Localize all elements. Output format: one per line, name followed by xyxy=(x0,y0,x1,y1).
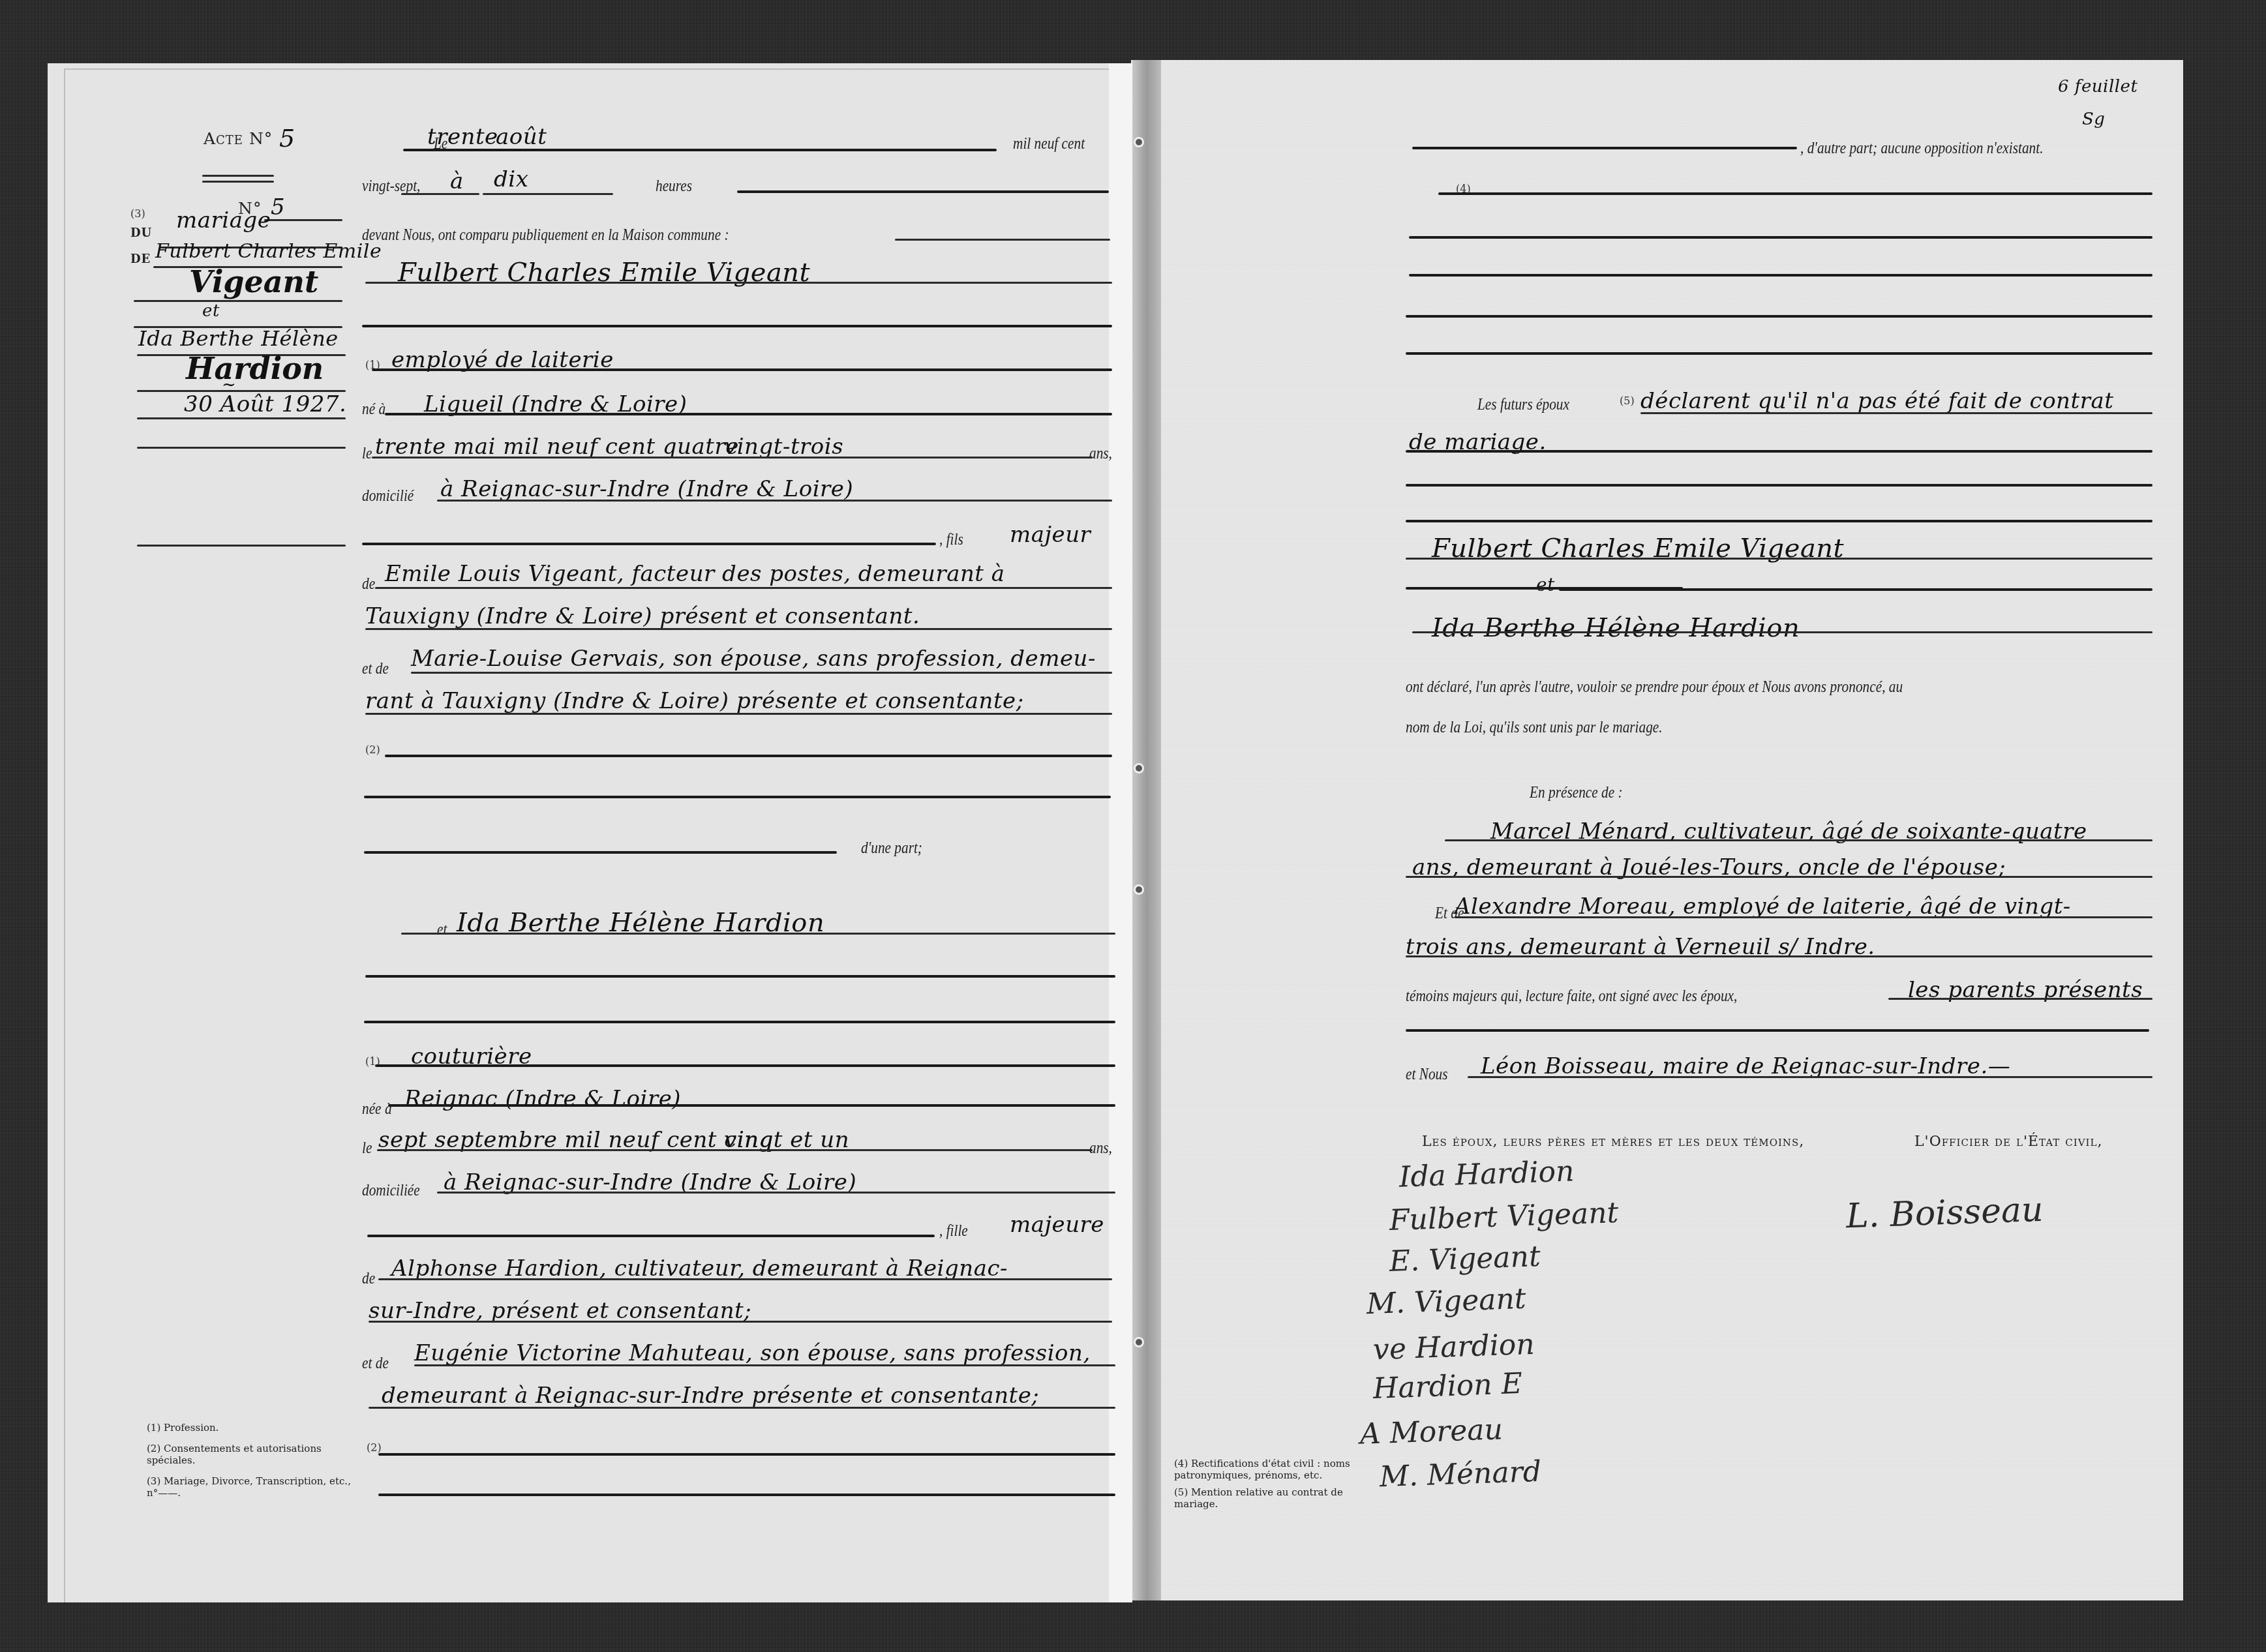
marriage-month: août xyxy=(496,124,547,150)
le-label-2: le xyxy=(362,443,372,463)
field-line xyxy=(1406,1029,2149,1032)
field-line xyxy=(1455,916,2153,918)
field-line xyxy=(364,851,837,854)
field-line xyxy=(1412,631,2153,633)
field-line xyxy=(1406,450,2153,453)
field-line xyxy=(385,755,1112,757)
bride-mother-line2: demeurant à Reignac-sur-Indre présente e… xyxy=(382,1383,1039,1409)
field-line xyxy=(369,1321,1112,1323)
signatures-heading-left: Les époux, leurs pères et mères et les d… xyxy=(1422,1134,1804,1150)
groom-father-line1: Emile Louis Vigeant, facteur des postes,… xyxy=(385,561,1005,587)
field-line xyxy=(378,1453,1115,1456)
declaration-line2: nom de la Loi, qu'ils sont unis par le m… xyxy=(1406,717,1663,737)
declaration-line1: ont déclaré, l'un après l'autre, vouloir… xyxy=(1406,677,1903,697)
binding-staple xyxy=(1134,1337,1144,1347)
et-label: et xyxy=(437,920,447,939)
marriage-day: trente xyxy=(427,124,498,150)
field-line xyxy=(437,500,1112,502)
margin-bride-given: Ida Berthe Hélène xyxy=(138,326,339,351)
field-line xyxy=(137,545,346,547)
ans-label: ans, xyxy=(1089,443,1112,463)
field-line xyxy=(483,193,613,195)
field-line xyxy=(401,193,479,195)
act-type: mariage xyxy=(176,207,271,233)
right-footnotes: (4) Rectifications d'état civil : noms p… xyxy=(1174,1458,1383,1510)
field-line xyxy=(375,1064,1115,1067)
field-line xyxy=(385,413,1112,415)
footnote-5: (5) Mention relative au contrat de maria… xyxy=(1174,1486,1383,1510)
d-une-part: d'une part; xyxy=(861,838,922,858)
bride-birthplace: Reignac (Indre & Loire) xyxy=(404,1086,681,1112)
signatures-heading-right: L'Officier de l'État civil, xyxy=(1914,1134,2102,1150)
de-label-father: de xyxy=(362,574,375,593)
bride-father-line1: Alphonse Hardion, cultivateur, demeurant… xyxy=(391,1255,1008,1282)
acte-label: Acte N° xyxy=(204,129,273,148)
field-line xyxy=(411,672,1112,674)
et-de-label: et de xyxy=(362,659,389,678)
field-line xyxy=(1406,955,2153,957)
field-line xyxy=(362,543,936,545)
devant-nous-text: devant Nous, ont comparu publiquement en… xyxy=(362,225,729,245)
margin-date: 30 Août 1927. xyxy=(184,391,346,417)
field-line xyxy=(437,1192,1115,1194)
footnote-ref-2b: (2) xyxy=(367,1441,382,1454)
corner-initials: Sg xyxy=(2082,110,2105,129)
field-line xyxy=(1445,839,2153,841)
field-line xyxy=(364,1021,1115,1023)
footnote-4: (4) Rectifications d'état civil : noms p… xyxy=(1174,1458,1383,1481)
temoins-text: témoins majeurs qui, lecture faite, ont … xyxy=(1406,986,1737,1006)
footnote-ref-5: (5) xyxy=(1620,395,1635,407)
groom-domicile: à Reignac-sur-Indre (Indre & Loire) xyxy=(440,476,853,502)
field-line xyxy=(1640,412,2153,414)
signature-bride-mother: ve Hardion xyxy=(1372,1328,1535,1367)
et-de-label-bride: et de xyxy=(362,1353,389,1373)
divider xyxy=(202,175,274,177)
margin-groom-surname: Vigeant xyxy=(189,264,318,299)
field-line xyxy=(737,190,1109,193)
contract-declaration-line1: déclarent qu'il n'a pas été fait de cont… xyxy=(1640,388,2113,414)
groom-birthdate: trente mai mil neuf cent quatre xyxy=(375,434,739,460)
footnote-3: (3) Mariage, Divorce, Transcription, etc… xyxy=(147,1475,362,1499)
mil-neuf-cent: mil neuf cent xyxy=(1013,134,1085,153)
heures-label: heures xyxy=(656,176,692,196)
corner-note: 6 feuillet xyxy=(2058,77,2138,97)
field-line xyxy=(264,219,342,221)
field-line xyxy=(1438,192,2153,195)
signature-witness-moreau: A Moreau xyxy=(1359,1413,1503,1451)
field-line xyxy=(1409,236,2153,239)
field-line xyxy=(375,587,1112,589)
field-line xyxy=(134,300,342,302)
margin-groom-given: Fulbert Charles Emile xyxy=(155,240,382,263)
futurs-epoux-label: Les futurs époux xyxy=(1477,395,1569,414)
field-line xyxy=(1468,1076,2153,1078)
binding-staple xyxy=(1134,763,1144,773)
groom-father-line2: Tauxigny (Indre & Loire) présent et cons… xyxy=(365,603,920,629)
field-line xyxy=(362,325,1112,327)
field-line xyxy=(388,1104,1115,1107)
field-line xyxy=(1406,558,2153,560)
field-line xyxy=(1406,484,2153,487)
field-line xyxy=(1409,274,2153,277)
field-line xyxy=(367,1235,935,1237)
field-line xyxy=(365,628,1112,630)
field-line xyxy=(372,457,1093,458)
field-line xyxy=(895,239,1110,241)
binding-staple xyxy=(1134,137,1144,147)
field-line xyxy=(1412,147,1797,149)
signature-groom-mother: M. Vigeant xyxy=(1366,1282,1526,1321)
union-bride-name: Ida Berthe Hélène Hardion xyxy=(1432,613,1800,643)
field-line xyxy=(364,796,1111,798)
groom-majority-status: majeur xyxy=(1010,522,1091,548)
et-nous-label: et Nous xyxy=(1406,1064,1448,1084)
left-footnotes: (1) Profession. (2) Consentements et aut… xyxy=(147,1422,362,1499)
field-line xyxy=(401,933,1115,935)
groom-age: vingt-trois xyxy=(724,434,843,460)
ans-label-2: ans, xyxy=(1089,1138,1112,1158)
field-line xyxy=(1406,876,2153,878)
field-line xyxy=(1406,352,2153,355)
signature-witness-menard: M. Ménard xyxy=(1379,1455,1542,1494)
bride-mother-line1: Eugénie Victorine Mahuteau, son épouse, … xyxy=(414,1340,1091,1366)
de-label: de xyxy=(130,248,151,267)
field-line xyxy=(1888,998,2153,1000)
no-value: 5 xyxy=(271,194,285,220)
book-spine-shadow xyxy=(1132,60,1161,1600)
du-label: du xyxy=(130,222,152,241)
officer-signature: L. Boisseau xyxy=(1845,1190,2044,1237)
bride-father-line2: sur-Indre, présent et consentant; xyxy=(369,1298,751,1324)
field-line xyxy=(1559,588,2153,591)
marriage-hour: dix xyxy=(494,166,528,192)
field-line xyxy=(137,447,346,449)
field-line xyxy=(365,713,1112,715)
signature-bride-father: Hardion E xyxy=(1372,1367,1522,1405)
groom-mother-line1: Marie-Louise Gervais, son épouse, sans p… xyxy=(411,646,1096,672)
nee-a-label: née à xyxy=(362,1099,392,1119)
field-line xyxy=(372,368,1112,371)
d-autre-part: , d'autre part; aucune opposition n'exis… xyxy=(1800,138,2044,158)
signature-groom-father: E. Vigeant xyxy=(1389,1240,1541,1278)
bride-majority-status: majeure xyxy=(1010,1212,1104,1238)
field-line xyxy=(377,1149,1093,1151)
fils-label: , fils xyxy=(939,530,963,549)
de-label-bride-father: de xyxy=(362,1269,375,1288)
acte-number: 5 xyxy=(279,124,295,153)
field-line xyxy=(365,282,1112,284)
domicilie-label: domicilié xyxy=(362,486,414,505)
footnote-ref-2: (2) xyxy=(365,743,380,756)
margin-et: et xyxy=(202,301,220,321)
officer-statement: Léon Boisseau, maire de Reignac-sur-Indr… xyxy=(1481,1053,2010,1079)
margin-bride-surname: Hardion xyxy=(186,351,324,386)
witness2-line1: Alexandre Moreau, employé de laiterie, â… xyxy=(1455,894,2071,920)
field-line xyxy=(378,1494,1115,1496)
groom-mother-line2: rant à Tauxigny (Indre & Loire) présente… xyxy=(365,688,1024,714)
field-line xyxy=(414,1364,1115,1366)
binding-staple xyxy=(1134,884,1144,895)
ne-a-label: né à xyxy=(362,399,385,419)
field-line xyxy=(378,1278,1112,1280)
en-presence-label: En présence de : xyxy=(1530,783,1623,802)
field-line xyxy=(137,417,346,419)
divider xyxy=(202,181,274,183)
footnote-2: (2) Consentements et autorisations spéci… xyxy=(147,1443,362,1466)
le-label-3: le xyxy=(362,1138,372,1158)
fille-label: , fille xyxy=(939,1221,968,1240)
union-et: et xyxy=(1536,574,1555,595)
signature-bride: Ida Hardion xyxy=(1398,1154,1575,1194)
ref-marker: (3) xyxy=(130,207,145,220)
footnote-1: (1) Profession. xyxy=(147,1422,362,1434)
field-line xyxy=(1406,315,2153,318)
a-label: à xyxy=(450,168,464,194)
domiciliee-label: domiciliée xyxy=(362,1180,420,1200)
field-line xyxy=(403,149,997,151)
field-line xyxy=(365,975,1115,978)
page-gutter-highlight xyxy=(1109,63,1132,1602)
field-line xyxy=(369,1407,1115,1409)
field-line xyxy=(1406,520,2153,522)
